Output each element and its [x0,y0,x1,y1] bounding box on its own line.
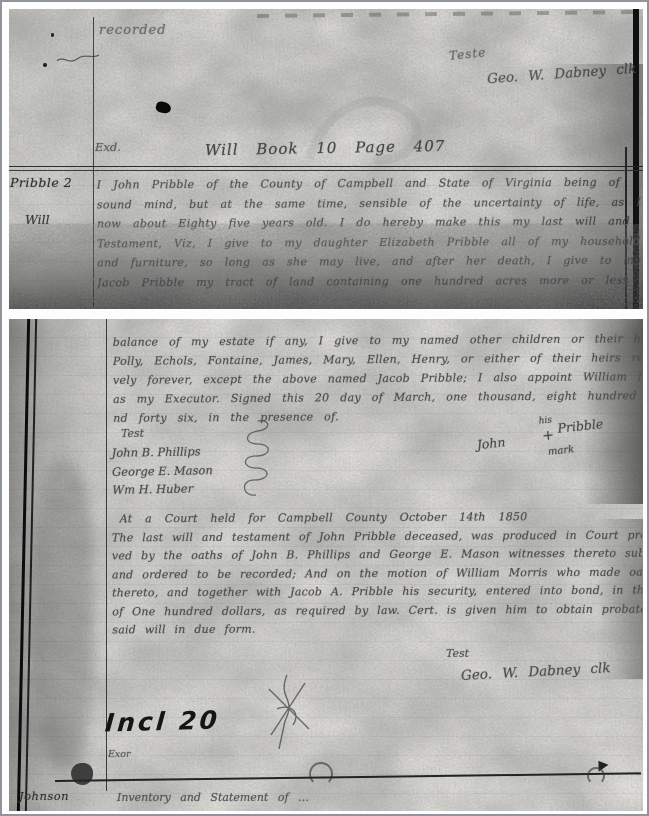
court-line: said will in due form. [112,619,642,640]
clerk-signature: Geo. W. Dabney clk [461,660,611,684]
test-label: Test [446,647,469,660]
signature-mark: mark [547,444,574,458]
signature-surname: Pribble [557,416,604,436]
witness-name: George E. Mason [112,461,213,481]
scanned-document: recorded Teste Geo. W. Dabney clk Exd. W… [0,0,649,816]
toner-noise-band [9,219,643,309]
exor-note: Exor [108,749,131,760]
body-line: as my Executor. Signed this 20 day of Ma… [113,386,641,409]
ink-blot [155,100,172,115]
circle-doodle [309,762,333,786]
test-label: Test [121,427,144,440]
pen-flourish [55,51,101,67]
next-entry-margin-name: Johnson [19,789,69,803]
signature-his: his [538,415,552,426]
court-line: ved by the oaths of John B. Phillips and… [112,545,642,566]
recorded-note: recorded [99,23,167,38]
will-body-text: balance of my estate if any, I give to m… [113,329,642,428]
teste-label: Teste [448,45,487,63]
witness-name: Wm H. Huber [112,479,213,499]
inclusion-note: Incl 20 [104,705,221,737]
court-record-text: At a Court held for Campbell County Octo… [112,508,643,640]
cut-off-text-fragment [257,10,635,18]
examined-note: Exd. [95,140,121,154]
signature-first-name: John [476,434,506,452]
pen-scribble [257,669,323,769]
court-line: thereto, and together with Jacob A. Prib… [112,582,642,603]
circle-doodle [587,767,605,785]
spiral-doodle [234,417,274,505]
ink-speck [51,33,54,37]
scan-shadow-left [34,459,94,769]
faint-smudge [289,79,439,174]
witness-list: John B. Phillips George E. Mason Wm H. H… [112,442,214,499]
witness-name: John B. Phillips [112,442,213,462]
signature-cross-mark: + [542,427,555,444]
scan-page-1: recorded Teste Geo. W. Dabney clk Exd. W… [9,9,643,309]
scan-page-2: balance of my estate if any, I give to m… [9,319,643,811]
entry-divider-rule [9,170,643,171]
ink-speck [43,63,47,67]
entry-divider-rule [9,166,643,167]
margin-entry-name: Pribble 2 [10,175,72,190]
court-line: of One hundred dollars, as required by l… [112,600,642,621]
next-entry-cut-line: Inventory and Statement of … [117,791,309,804]
entry-divider-rule [55,772,641,782]
